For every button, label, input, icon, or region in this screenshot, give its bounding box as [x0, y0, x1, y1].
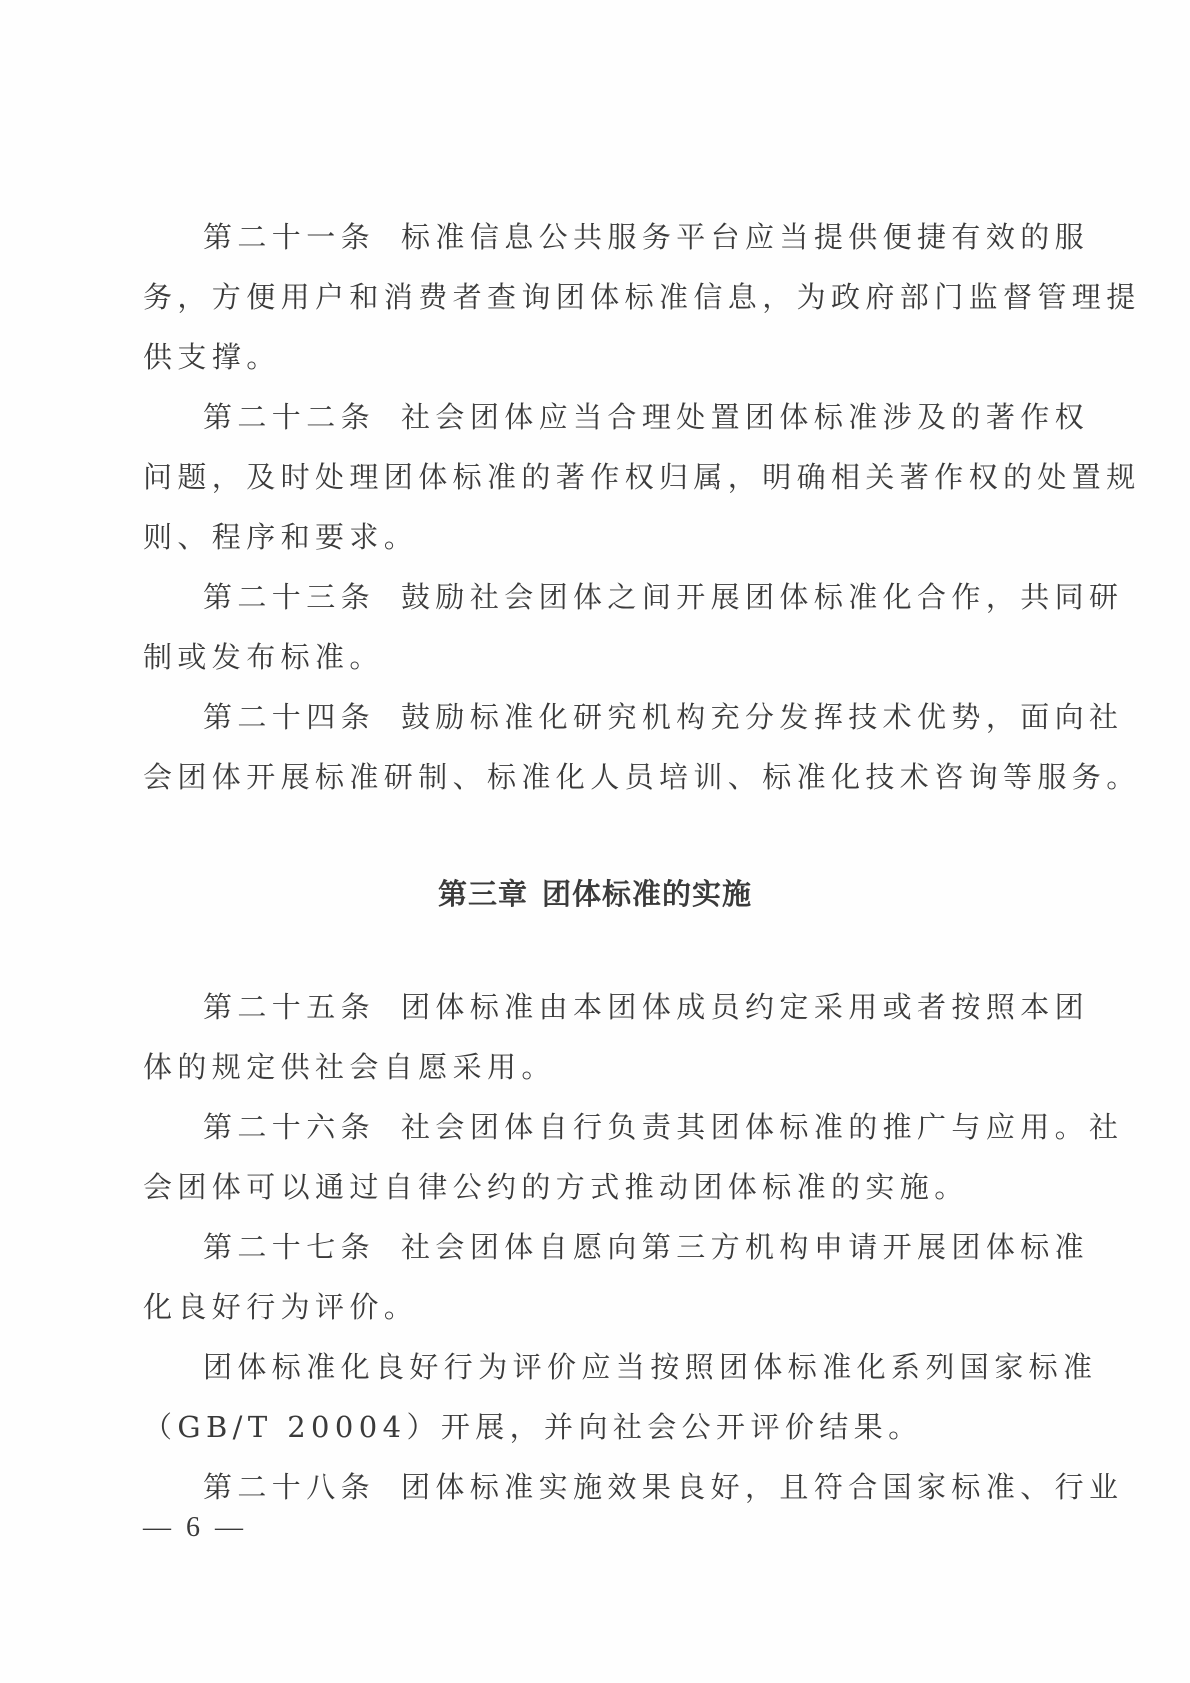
- article-28-line-1: 第二十八条团体标准实施效果良好，且符合国家标准、行业: [203, 1470, 1043, 1504]
- article-21-line-1: 第二十一条标准信息公共服务平台应当提供便捷有效的服: [203, 220, 1043, 254]
- article-24-line-1: 第二十四条鼓励标准化研究机构充分发挥技术优势，面向社: [203, 700, 1043, 734]
- article-number: 第二十一条: [203, 220, 375, 254]
- chapter-heading: 第三章团体标准的实施: [0, 872, 1190, 913]
- article-number: 第二十六条: [203, 1110, 375, 1144]
- article-21-line-3: 供支撑。: [143, 340, 1043, 374]
- article-number: 第二十八条: [203, 1470, 375, 1504]
- article-23-line-2: 制或发布标准。: [143, 640, 1043, 674]
- article-23-line-1: 第二十三条鼓励社会团体之间开展团体标准化合作，共同研: [203, 580, 1043, 614]
- article-22-line-3: 则、程序和要求。: [143, 520, 1043, 554]
- article-26-line-2: 会团体可以通过自律公约的方式推动团体标准的实施。: [143, 1170, 1043, 1204]
- chapter-title: 团体标准的实施: [542, 877, 752, 911]
- article-25-line-1: 第二十五条团体标准由本团体成员约定采用或者按照本团: [203, 990, 1043, 1024]
- document-page: 第二十一条标准信息公共服务平台应当提供便捷有效的服 务，方便用户和消费者查询团体…: [0, 0, 1190, 1683]
- article-26-line-1: 第二十六条社会团体自行负责其团体标准的推广与应用。社: [203, 1110, 1043, 1144]
- article-number: 第二十五条: [203, 990, 375, 1024]
- article-24-line-2: 会团体开展标准研制、标准化人员培训、标准化技术咨询等服务。: [143, 760, 1043, 794]
- article-25-line-2: 体的规定供社会自愿采用。: [143, 1050, 1043, 1084]
- article-27-para-2-line-1: 团体标准化良好行为评价应当按照团体标准化系列国家标准: [203, 1350, 1043, 1384]
- article-number: 第二十二条: [203, 400, 375, 434]
- article-22-line-1: 第二十二条社会团体应当合理处置团体标准涉及的著作权: [203, 400, 1043, 434]
- page-number: — 6 —: [143, 1512, 247, 1544]
- article-number: 第二十七条: [203, 1230, 375, 1264]
- article-27-line-1: 第二十七条社会团体自愿向第三方机构申请开展团体标准: [203, 1230, 1043, 1264]
- article-27-para-2-line-2: （GB/T 20004）开展，并向社会公开评价结果。: [143, 1410, 1043, 1444]
- article-number: 第二十三条: [203, 580, 375, 614]
- article-27-line-2: 化良好行为评价。: [143, 1290, 1043, 1324]
- article-number: 第二十四条: [203, 700, 375, 734]
- chapter-number: 第三章: [438, 877, 528, 911]
- article-22-line-2: 问题，及时处理团体标准的著作权归属，明确相关著作权的处置规: [143, 460, 1043, 494]
- article-21-line-2: 务，方便用户和消费者查询团体标准信息，为政府部门监督管理提: [143, 280, 1043, 314]
